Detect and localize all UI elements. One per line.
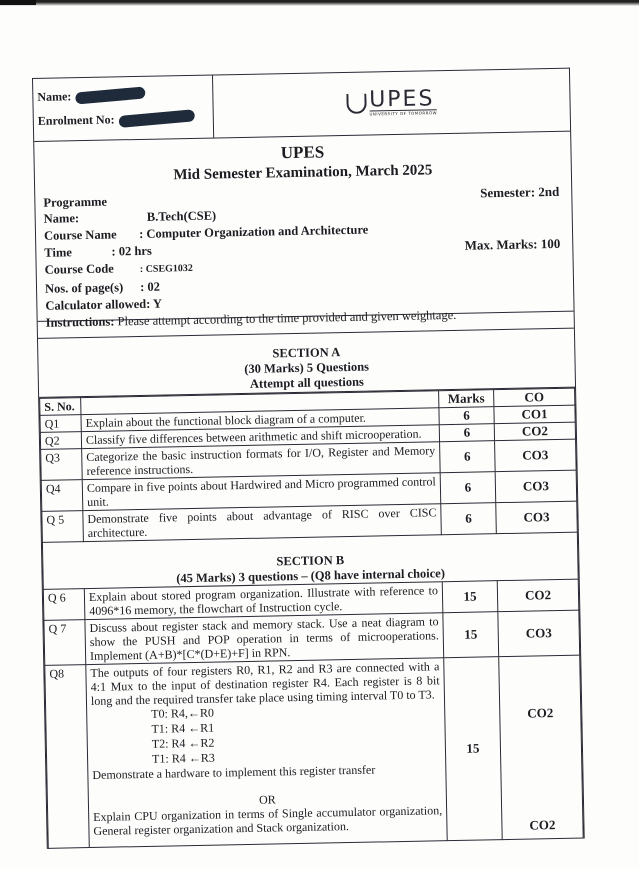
calculator: Calculator allowed: Y (45, 297, 162, 313)
course-code: : CSEG1032 (140, 263, 193, 275)
name-field: Name: (37, 82, 208, 109)
programme: B.Tech(CSE) (147, 208, 217, 223)
pages: : 02 (140, 280, 160, 294)
exam-paper: Name: Enrolment No: UPES UNIVERSITY OF T… (32, 68, 585, 849)
enrolment-field: Enrolment No: (38, 106, 209, 133)
time: : 02 hrs (111, 244, 152, 259)
section-a-table: S. No. Marks CO Q1 Explain about the fun… (39, 388, 578, 543)
semester: Semester: 2nd (480, 184, 559, 202)
max-marks: Max. Marks: 100 (464, 236, 560, 254)
question-row: Q8 The outputs of four registers R0, R1,… (45, 655, 583, 848)
section-b-table: Q 6 Explain about stored program organiz… (43, 579, 584, 849)
upes-logo: UPES UNIVERSITY OF TOMORROW (346, 89, 437, 117)
course-name: : Computer Organization and Architecture (139, 223, 368, 241)
redaction (118, 109, 195, 128)
student-header: Name: Enrolment No: UPES UNIVERSITY OF T… (33, 69, 570, 142)
section-a-heading: SECTION A (30 Marks) 5 Questions Attempt… (38, 328, 575, 398)
logo-shield-icon (346, 94, 366, 114)
scan-edge-shadow (0, 0, 639, 6)
redaction (75, 86, 146, 104)
exam-info: UPES Mid Semester Examination, March 202… (34, 132, 573, 322)
transfer-list: T0: R4,←R0 T1: R4 ←R1 T2: R4 ←R2 T1: R4 … (91, 701, 441, 768)
